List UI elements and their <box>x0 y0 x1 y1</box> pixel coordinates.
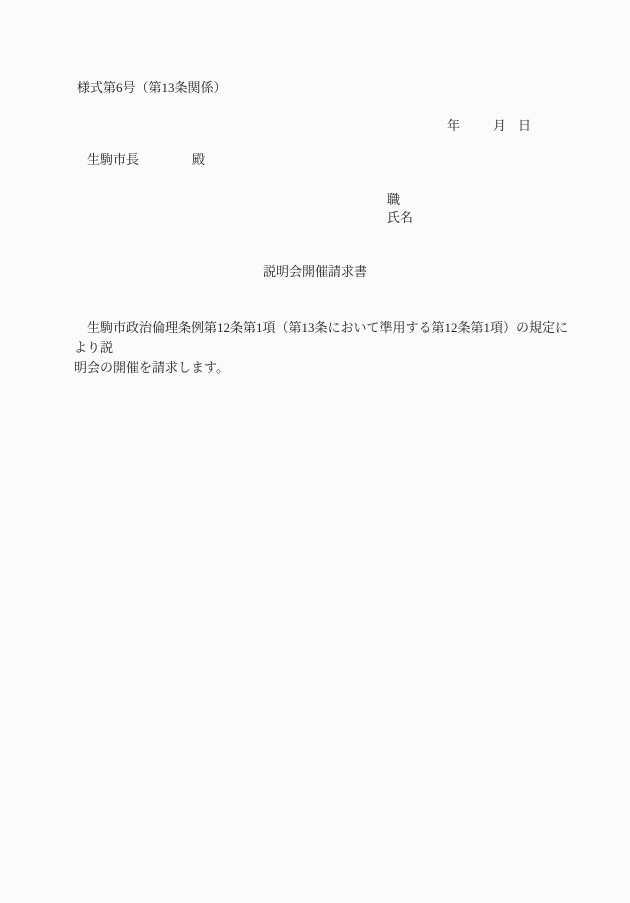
addressee-honorific: 殿 <box>192 152 205 168</box>
document-page: 様式第6号（第13条関係） 年 月 日 生駒市長 殿 職 氏名 説明会開催請求書… <box>0 0 630 903</box>
addressee-name: 生駒市長 <box>87 152 139 167</box>
date-line: 年 月 日 <box>447 118 547 134</box>
signature-position-label: 職 <box>387 191 413 209</box>
form-number: 様式第6号（第13条関係） <box>77 80 227 96</box>
document-title: 説明会開催請求書 <box>0 264 630 280</box>
month-label: 月 <box>493 118 506 134</box>
signature-block: 職 氏名 <box>387 191 413 227</box>
body-line: 生駒市政治倫理条例第12条第1項（第13条において準用する第12条第1項）の規定… <box>74 318 576 358</box>
day-label: 日 <box>518 118 531 134</box>
signature-name-label: 氏名 <box>387 209 413 227</box>
body-line: 明会の開催を請求します。 <box>74 358 576 378</box>
year-label: 年 <box>447 118 460 134</box>
addressee-line: 生駒市長 殿 <box>87 152 139 168</box>
body-paragraph: 生駒市政治倫理条例第12条第1項（第13条において準用する第12条第1項）の規定… <box>74 318 576 378</box>
